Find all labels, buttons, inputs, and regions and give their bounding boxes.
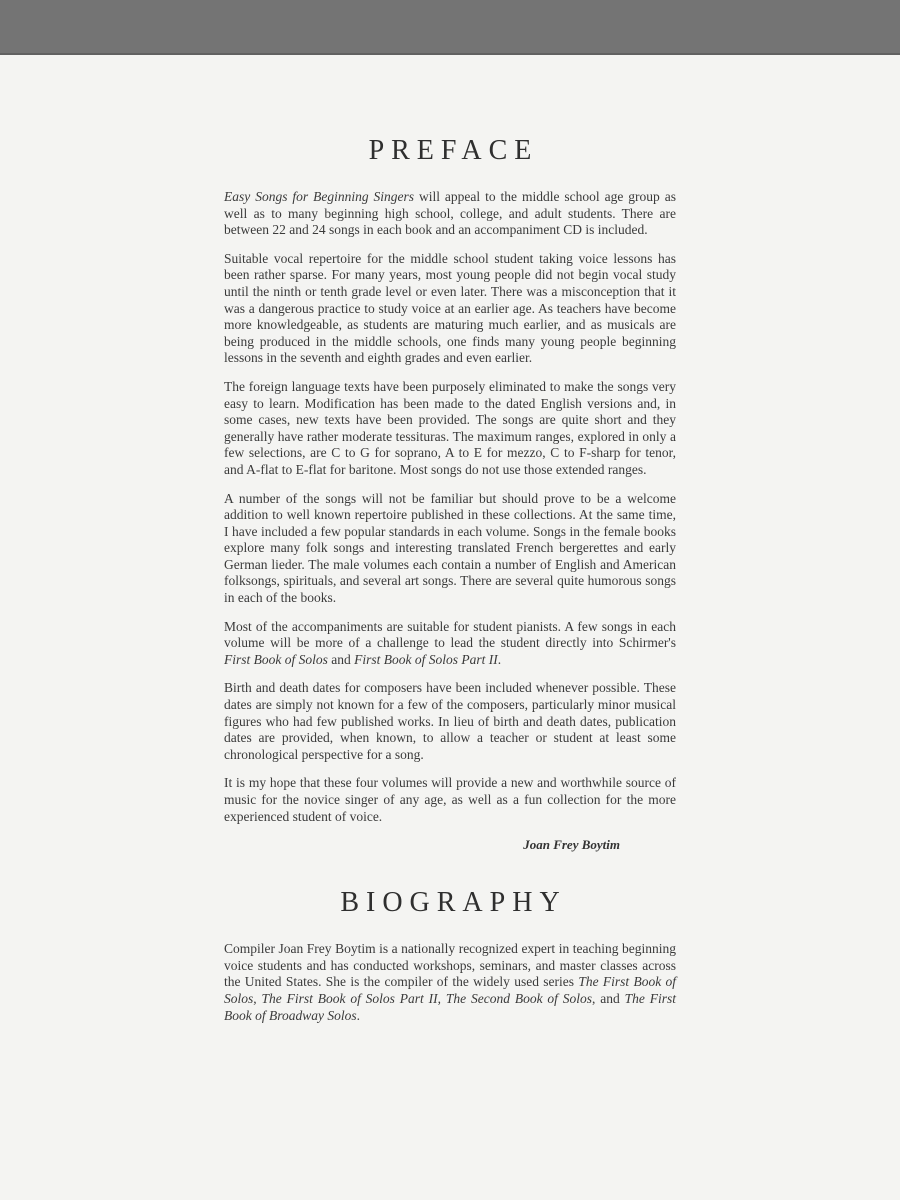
- biography-body: Compiler Joan Frey Boytim is a nationall…: [224, 941, 676, 1024]
- paragraph: Most of the accompaniments are suitable …: [224, 619, 676, 669]
- paragraph: Birth and death dates for composers have…: [224, 680, 676, 763]
- book-page: PREFACE Easy Songs for Beginning Singers…: [224, 55, 676, 1024]
- paragraph: It is my hope that these four volumes wi…: [224, 775, 676, 825]
- preface-title: PREFACE: [224, 55, 676, 167]
- top-bar: [0, 0, 900, 55]
- paragraph: A number of the songs will not be famili…: [224, 491, 676, 607]
- paragraph: Easy Songs for Beginning Singers will ap…: [224, 189, 676, 239]
- paragraph: The foreign language texts have been pur…: [224, 379, 676, 479]
- biography-title: BIOGRAPHY: [224, 855, 676, 919]
- preface-body: Easy Songs for Beginning Singers will ap…: [224, 189, 676, 825]
- author-signature: Joan Frey Boytim: [224, 837, 676, 853]
- paragraph: Compiler Joan Frey Boytim is a nationall…: [224, 941, 676, 1024]
- paragraph: Suitable vocal repertoire for the middle…: [224, 251, 676, 367]
